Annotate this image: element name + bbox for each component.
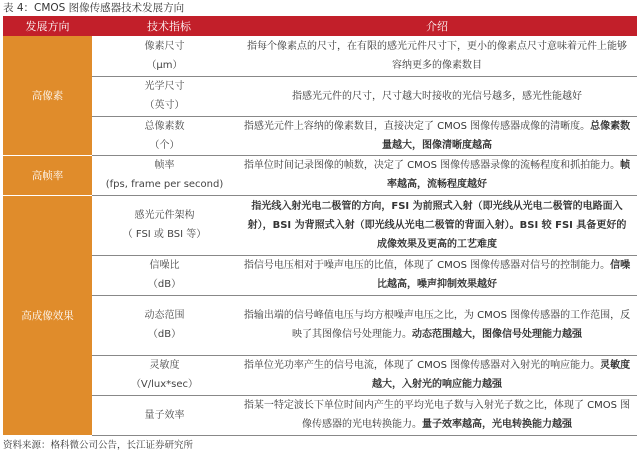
metric-cell: 动态范围（dB） [92, 295, 237, 355]
metric-cell: 灵敏度（V/lux*sec） [92, 355, 237, 395]
intro-cell: 指某一特定波长下单位时间内产生的平均光电子数与入射光子数之比，体现了 CMOS … [237, 395, 637, 435]
intro-cell: 指信号电压相对于噪声电压的比值，体现了 CMOS 图像传感器对信号的控制能力。信… [237, 255, 637, 295]
metric-unit: （dB） [92, 275, 237, 294]
table-header-row: 发展方向 技术指标 介绍 [3, 16, 637, 36]
metric-unit: （英寸） [92, 96, 237, 115]
direction-cell: 高帧率 [3, 155, 92, 195]
direction-cell: 高像素 [3, 36, 92, 155]
direction-cell: 高成像效果 [3, 195, 92, 435]
intro-emphasis: 动态范围越大，图像信号处理能力越强 [412, 329, 582, 340]
metric-name: 信噪比 [92, 256, 237, 275]
metric-unit: (fps, frame per second) [92, 175, 237, 194]
cmos-tech-table: 发展方向 技术指标 介绍 高像素 像素尺寸（μm） 指每个像素点的尺寸，在有限的… [3, 16, 637, 436]
metric-unit: （个） [92, 136, 237, 155]
metric-unit: （dB） [92, 325, 237, 344]
metric-name: 灵敏度 [92, 356, 237, 375]
metric-unit: （V/lux*sec） [92, 375, 237, 394]
metric-cell: 帧率(fps, frame per second) [92, 155, 237, 195]
intro-text: 指光线入射光电二极管的方向，FSI 为前照式入射（即光线从光电二极管的电路面入射… [248, 201, 627, 250]
metric-name: 感光元件架构 [92, 206, 237, 225]
intro-cell: 指单位光功率产生的信号电流，体现了 CMOS 图像传感器对入射光的响应能力。灵敏… [237, 355, 637, 395]
table-row: 量子效率 指某一特定波长下单位时间内产生的平均光电子数与入射光子数之比，体现了 … [3, 395, 637, 435]
metric-cell: 量子效率 [92, 395, 237, 435]
table-row: 高像素 像素尺寸（μm） 指每个像素点的尺寸，在有限的感光元件尺寸下，更小的像素… [3, 36, 637, 76]
table-row: 高成像效果 感光元件架构（ FSI 或 BSI 等） 指光线入射光电二极管的方向… [3, 195, 637, 255]
header-metric: 技术指标 [92, 16, 237, 36]
intro-text: 指单位光功率产生的信号电流，体现了 CMOS 图像传感器对入射光的响应能力。 [244, 360, 600, 371]
table-row: 光学尺寸（英寸） 指感光元件的尺寸，尺寸越大时接收的光信号越多，感光性能越好 [3, 76, 637, 116]
table-row: 灵敏度（V/lux*sec） 指单位光功率产生的信号电流，体现了 CMOS 图像… [3, 355, 637, 395]
intro-cell: 指输出端的信号峰值电压与均方根噪声电压之比，为 CMOS 图像传感器的工作范围，… [237, 295, 637, 355]
intro-text: 指信号电压相对于噪声电压的比值，体现了 CMOS 图像传感器对信号的控制能力。 [244, 260, 610, 271]
metric-name: 量子效率 [92, 406, 237, 425]
intro-text: 指感光元件上容纳的像素数目，直接决定了 CMOS 图像传感器成像的清晰度。 [244, 121, 590, 132]
intro-text: 指感光元件的尺寸，尺寸越大时接收的光信号越多，感光性能越好 [292, 91, 582, 102]
intro-cell: 指每个像素点的尺寸，在有限的感光元件尺寸下，更小的像素点尺寸意味着元件上能够容纳… [237, 36, 637, 76]
metric-cell: 像素尺寸（μm） [92, 36, 237, 76]
intro-cell: 指感光元件上容纳的像素数目，直接决定了 CMOS 图像传感器成像的清晰度。总像素… [237, 116, 637, 155]
table-row: 动态范围（dB） 指输出端的信号峰值电压与均方根噪声电压之比，为 CMOS 图像… [3, 295, 637, 355]
source-note: 资料来源：格科微公司公告，长江证券研究所 [3, 440, 193, 452]
table-row: 高帧率 帧率(fps, frame per second) 指单位时间记录图像的… [3, 155, 637, 195]
metric-name: 动态范围 [92, 306, 237, 325]
header-intro: 介绍 [237, 16, 637, 36]
intro-cell: 指单位时间记录图像的帧数，决定了 CMOS 图像传感器录像的流畅程度和抓拍能力。… [237, 155, 637, 195]
metric-cell: 光学尺寸（英寸） [92, 76, 237, 116]
metric-cell: 信噪比（dB） [92, 255, 237, 295]
header-direction: 发展方向 [3, 16, 92, 36]
table-row: 信噪比（dB） 指信号电压相对于噪声电压的比值，体现了 CMOS 图像传感器对信… [3, 255, 637, 295]
metric-cell: 感光元件架构（ FSI 或 BSI 等） [92, 195, 237, 255]
metric-name: 像素尺寸 [92, 37, 237, 56]
intro-emphasis: 量子效率越高，光电转换能力越强 [422, 419, 572, 430]
intro-cell: 指光线入射光电二极管的方向，FSI 为前照式入射（即光线从光电二极管的电路面入射… [237, 195, 637, 255]
metric-cell: 总像素数（个） [92, 116, 237, 155]
table-caption: 表 4：CMOS 图像传感器技术发展方向 [3, 1, 184, 15]
table-row: 总像素数（个） 指感光元件上容纳的像素数目，直接决定了 CMOS 图像传感器成像… [3, 116, 637, 155]
intro-text: 指单位时间记录图像的帧数，决定了 CMOS 图像传感器录像的流畅程度和抓拍能力。 [244, 160, 620, 171]
metric-unit: （μm） [92, 56, 237, 75]
metric-name: 帧率 [92, 156, 237, 175]
metric-unit: （ FSI 或 BSI 等） [92, 225, 237, 244]
metric-name: 光学尺寸 [92, 77, 237, 96]
intro-text: 指每个像素点的尺寸，在有限的感光元件尺寸下，更小的像素点尺寸意味着元件上能够容纳… [247, 41, 627, 71]
metric-name: 总像素数 [92, 117, 237, 136]
intro-cell: 指感光元件的尺寸，尺寸越大时接收的光信号越多，感光性能越好 [237, 76, 637, 116]
